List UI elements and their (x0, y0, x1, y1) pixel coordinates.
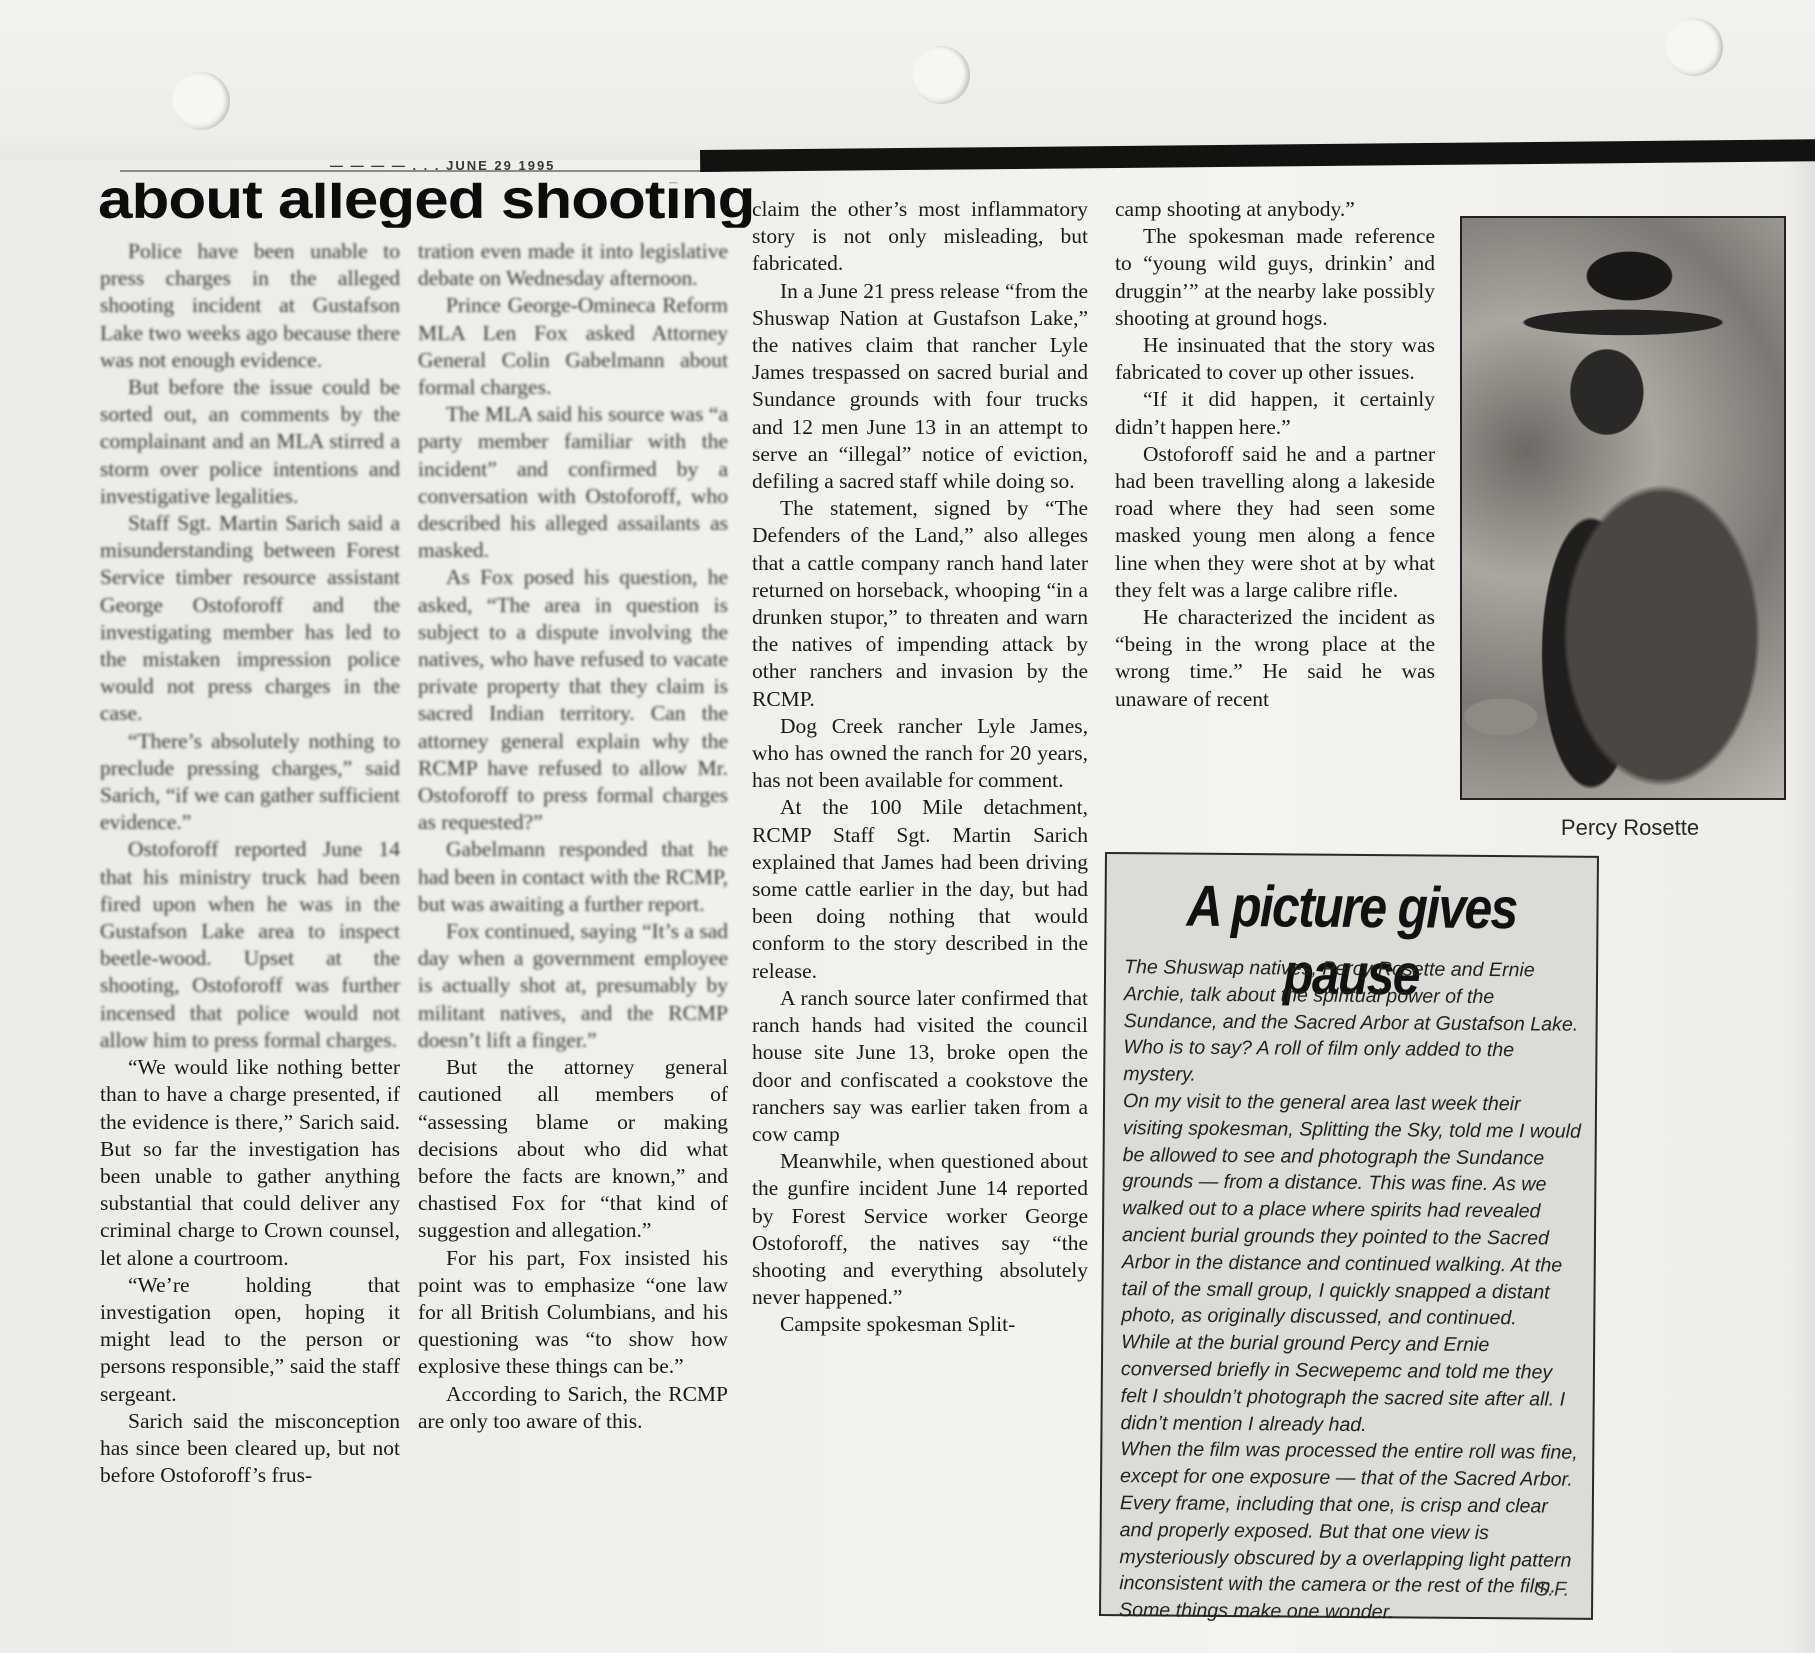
paragraph: The MLA said his source was “a party mem… (418, 401, 728, 564)
paragraph: Campsite spokesman Split- (752, 1311, 1088, 1338)
punch-hole (912, 46, 970, 104)
paragraph: “We would like nothing better than to ha… (100, 1054, 400, 1272)
paragraph: Staff Sgt. Martin Sarich said a misunder… (100, 510, 400, 728)
article-column-4: camp shooting at anybody.” The spokesman… (1115, 196, 1435, 713)
paragraph: “If it did happen, it certainly didn’t h… (1115, 386, 1435, 440)
paragraph: “We’re holding that investigation open, … (100, 1272, 400, 1408)
paragraph: tration even made it into legislative de… (418, 238, 728, 292)
page-edge-shadow (1790, 160, 1815, 1653)
sidebar-paragraph: On my visit to the general area last wee… (1121, 1088, 1583, 1333)
paragraph: But before the issue could be sorted out… (100, 374, 400, 510)
paragraph: Police have been unable to press charges… (100, 238, 400, 374)
paragraph: He characterized the incident as “being … (1115, 604, 1435, 713)
paragraph: The statement, signed by “The Defenders … (752, 495, 1088, 713)
article-column-3: claim the other’s most inflammatory stor… (752, 196, 1088, 1339)
sidebar-paragraph: Every frame, including that one, is cris… (1119, 1490, 1580, 1601)
paragraph: For his part, Fox insisted his point was… (418, 1245, 728, 1381)
sidebar-body: The Shuswap natives, Percy Rosette and E… (1119, 954, 1584, 1628)
sidebar-box: A picture gives pause The Shuswap native… (1099, 852, 1599, 1620)
punch-hole (1665, 18, 1723, 76)
paragraph: According to Sarich, the RCMP are only t… (418, 1381, 728, 1435)
article-column-2: tration even made it into legislative de… (418, 238, 728, 1435)
paragraph: Ostoforoff said he and a partner had bee… (1115, 441, 1435, 604)
paragraph: Dog Creek rancher Lyle James, who has ow… (752, 713, 1088, 795)
photo-caption: Percy Rosette (1540, 815, 1720, 841)
paragraph: “There’s absolutely nothing to preclude … (100, 728, 400, 837)
dateline: — — — — . . . JUNE 29 1995 (330, 158, 555, 173)
paragraph: In a June 21 press release “from the Shu… (752, 278, 1088, 496)
paragraph: But the attorney general cautioned all m… (418, 1054, 728, 1244)
sidebar-paragraph: Some things make one wonder. (1119, 1597, 1579, 1627)
sidebar-paragraph: While at the burial ground Percy and Ern… (1120, 1329, 1581, 1440)
paragraph: Fox continued, saying “It’s a sad day wh… (418, 918, 728, 1054)
paragraph: The spokesman made reference to “young w… (1115, 223, 1435, 332)
author-initials: S.F. (1535, 1578, 1569, 1601)
paragraph: Prince George-Omineca Reform MLA Len Fox… (418, 292, 728, 401)
paragraph: He insinuated that the story was fabrica… (1115, 332, 1435, 386)
article-column-1: Police have been unable to press charges… (100, 238, 400, 1489)
paragraph: Meanwhile, when questioned about the gun… (752, 1148, 1088, 1311)
sidebar-paragraph: Who is to say? A roll of film only added… (1123, 1035, 1583, 1092)
sidebar-paragraph: When the film was processed the entire r… (1120, 1436, 1580, 1493)
portrait-photo (1460, 216, 1786, 800)
paragraph: Gabelmann responded that he had been in … (418, 836, 728, 918)
paragraph: Sarich said the misconception has since … (100, 1408, 400, 1490)
paragraph: As Fox posed his question, he asked, “Th… (418, 564, 728, 836)
paragraph: camp shooting at anybody.” (1115, 196, 1435, 223)
paragraph: A ranch source later confirmed that ranc… (752, 985, 1088, 1148)
punch-hole (172, 72, 230, 130)
paragraph: At the 100 Mile detachment, RCMP Staff S… (752, 794, 1088, 984)
sidebar-paragraph: The Shuswap natives, Percy Rosette and E… (1124, 954, 1585, 1038)
paragraph: claim the other’s most inflammatory stor… (752, 196, 1088, 278)
paragraph: Ostoforoff reported June 14 that his min… (100, 836, 400, 1054)
